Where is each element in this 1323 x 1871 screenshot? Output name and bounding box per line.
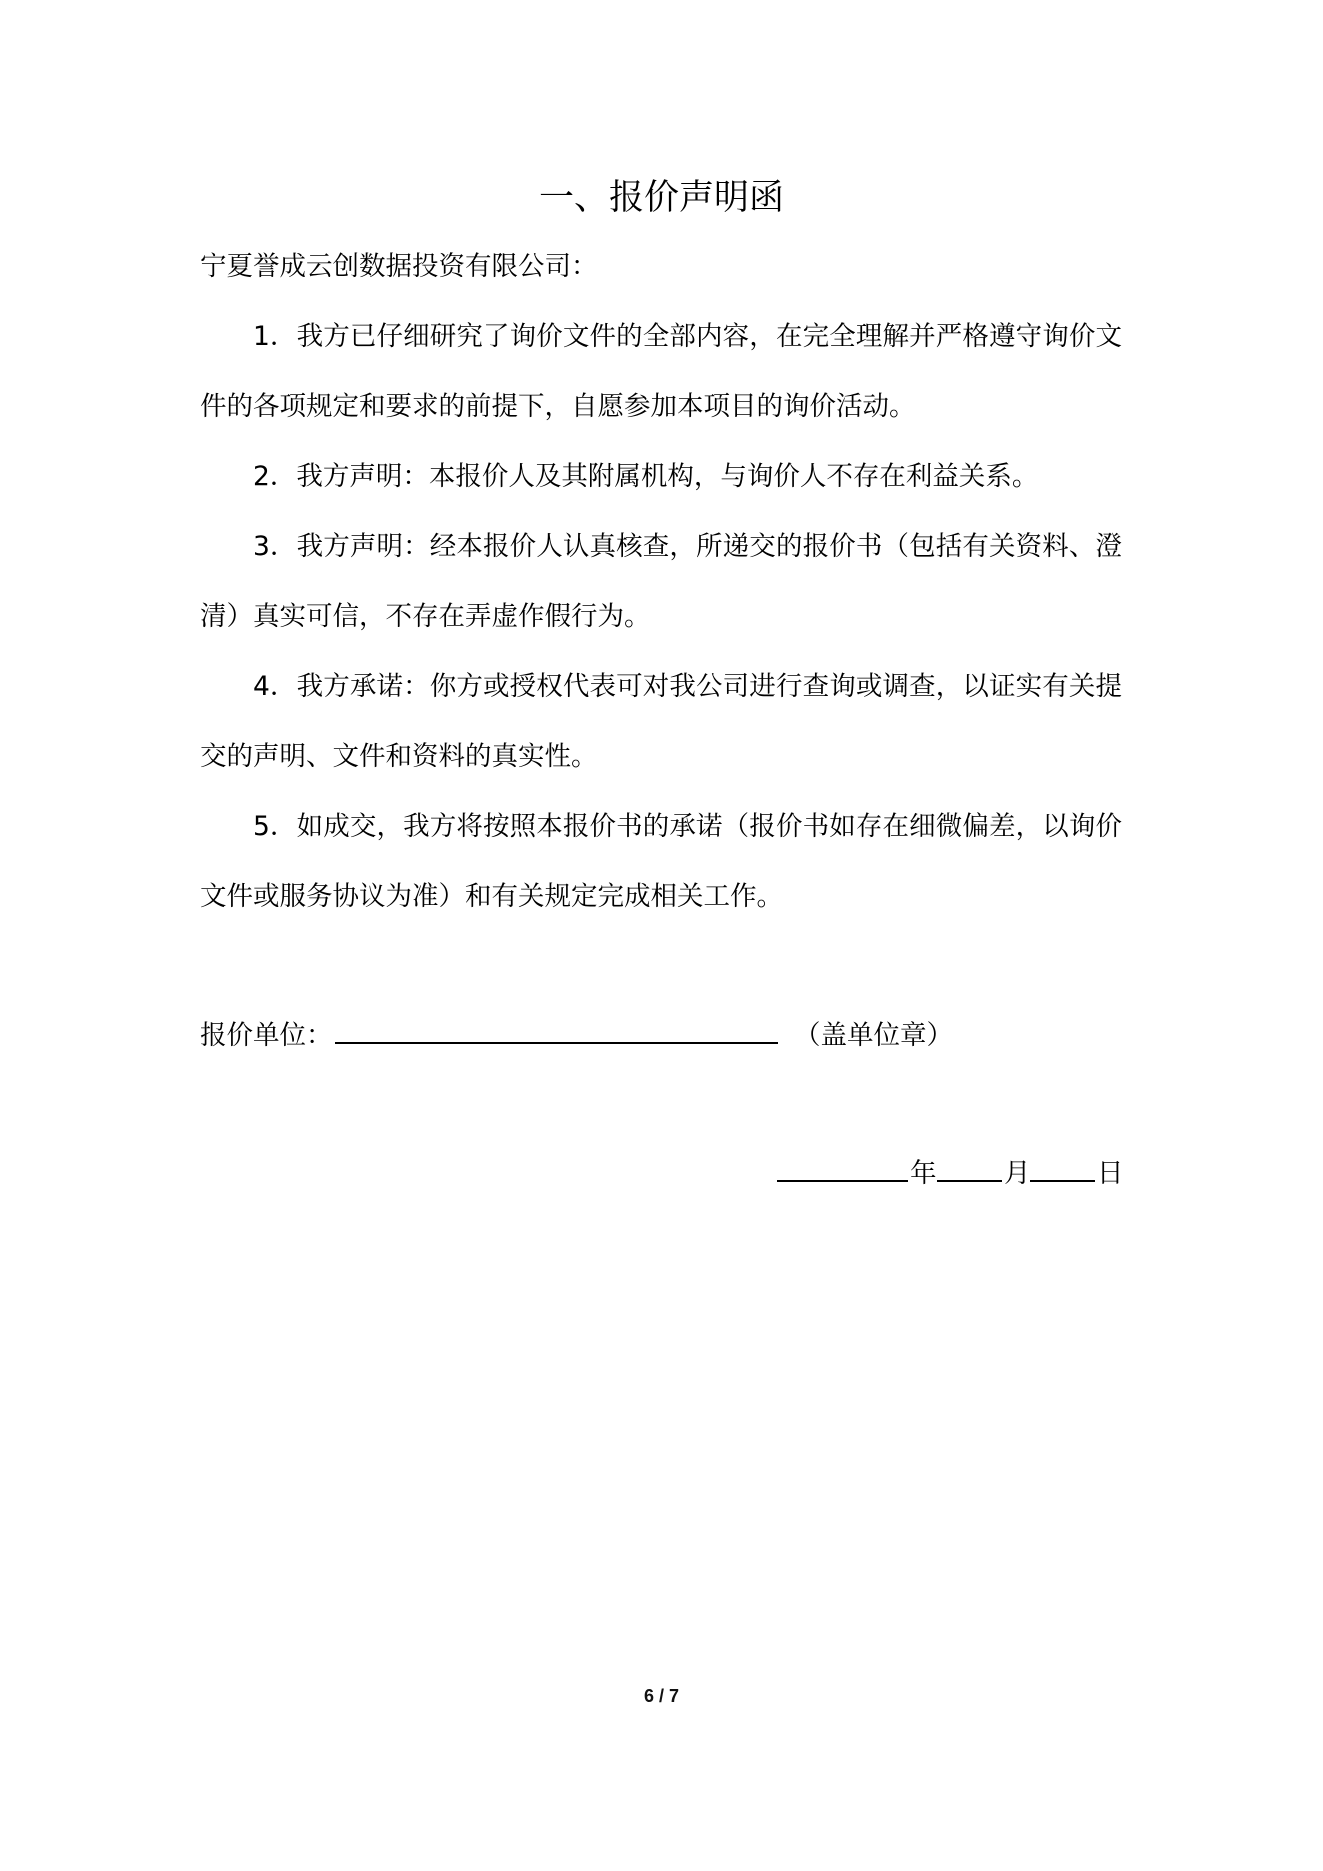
- year-blank-line[interactable]: [777, 1180, 908, 1182]
- paragraph-2: 2．我方声明：本报价人及其附属机构，与询价人不存在利益关系。: [200, 442, 1122, 512]
- day-label: 日: [1097, 1154, 1124, 1194]
- month-blank-line[interactable]: [937, 1180, 1002, 1182]
- paragraph-3: 3．我方声明：经本报价人认真核查，所递交的报价书（包括有关资料、澄清）真实可信，…: [200, 512, 1122, 652]
- month-label: 月: [1004, 1154, 1031, 1194]
- document-body: 宁夏誉成云创数据投资有限公司： 1．我方已仔细研究了询价文件的全部内容，在完全理…: [200, 248, 1122, 932]
- day-blank-line[interactable]: [1030, 1180, 1095, 1182]
- paragraph-1: 1．我方已仔细研究了询价文件的全部内容，在完全理解并严格遵守询价文件的各项规定和…: [200, 302, 1122, 442]
- paragraph-4: 4．我方承诺：你方或授权代表可对我公司进行查询或调查，以证实有关提交的声明、文件…: [200, 652, 1122, 792]
- page-title: 一、报价声明函: [0, 176, 1323, 220]
- document-page: 一、报价声明函 宁夏誉成云创数据投资有限公司： 1．我方已仔细研究了询价文件的全…: [0, 0, 1323, 1871]
- year-label: 年: [910, 1154, 937, 1194]
- date-row: 年 月 日: [777, 1154, 1122, 1194]
- signature-label: 报价单位：: [200, 1016, 333, 1056]
- paragraph-list: 1．我方已仔细研究了询价文件的全部内容，在完全理解并严格遵守询价文件的各项规定和…: [200, 302, 1122, 932]
- paragraph-5: 5．如成交，我方将按照本报价书的承诺（报价书如存在细微偏差，以询价文件或服务协议…: [200, 792, 1122, 932]
- seal-note: （盖单位章）: [794, 1016, 953, 1056]
- page-number: 6 / 7: [0, 1684, 1323, 1708]
- signature-blank-line[interactable]: [335, 1042, 778, 1044]
